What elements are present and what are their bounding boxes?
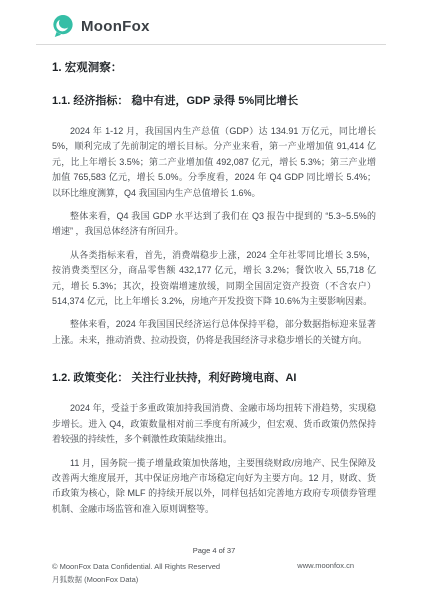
page-indicator: Page 4 of 37 [52,546,376,555]
report-page: MoonFox 1. 宏观洞察： 1.1. 经济指标： 稳中有进，GDP 录得 … [0,0,424,600]
website-link[interactable]: www.moonfox.cn [297,561,354,570]
brand-name: MoonFox [81,18,150,35]
copyright-text: © MoonFox Data Confidential. All Rights … [52,560,220,573]
paragraph-indicators-detail: 从各类指标来看，首先，消费端稳步上涨，2024 全年社零同比增长 3.5%，按消… [52,248,376,310]
moonfox-logo-icon [52,14,74,38]
paragraph-gdp-summary: 整体来看，Q4 我国 GDP 水平达到了我们在 Q3 报告中提到的 “5.3~5… [52,209,376,240]
footer-left: © MoonFox Data Confidential. All Rights … [52,560,220,586]
company-name: 月狐数据 (MoonFox Data) [52,573,220,586]
report-footer: Page 4 of 37 © MoonFox Data Confidential… [52,546,376,586]
paragraph-policy-overview: 2024 年，受益于多重政策加持我国消费、金融市场均扭转下滑趋势，实现稳步增长。… [52,401,376,447]
heading-policy-changes: 1.2. 政策变化： 关注行业扶持，利好跨境电商、AI [52,369,376,385]
footer-row: © MoonFox Data Confidential. All Rights … [52,560,376,586]
paragraph-policy-detail: 11 月，国务院一揽子增量政策加快落地，主要围绕财政/房地产、民生保障及改善两大… [52,456,376,518]
report-header: MoonFox [52,14,376,38]
heading-economic-indicators: 1.1. 经济指标： 稳中有进，GDP 录得 5%同比增长 [52,92,376,108]
paragraph-gdp-overview: 2024 年 1-12 月，我国国内生产总值（GDP）达 134.91 万亿元，… [52,124,376,201]
header-divider [36,44,386,45]
heading-macro-insight: 1. 宏观洞察： [52,59,376,75]
paragraph-economy-outlook: 整体来看，2024 年我国国民经济运行总体保持平稳，部分数据指标迎来显著上涨。未… [52,317,376,348]
